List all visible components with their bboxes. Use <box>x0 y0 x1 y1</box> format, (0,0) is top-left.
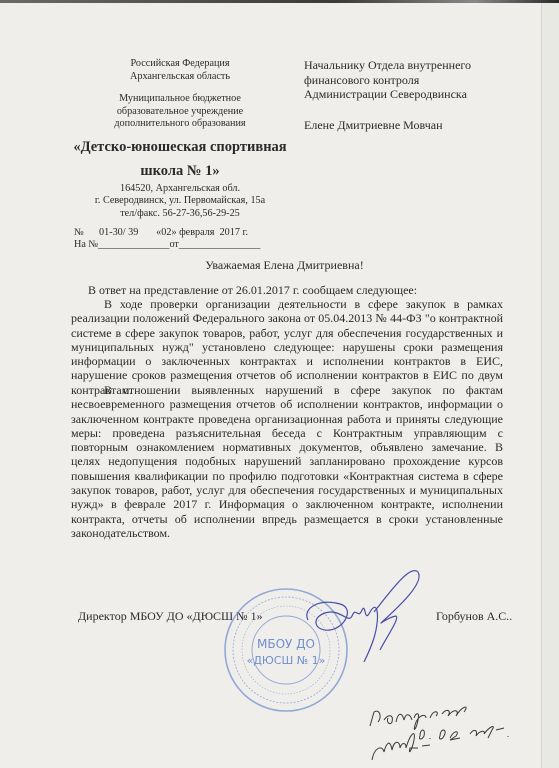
recipient-line: Администрации Северодвинска <box>304 87 471 102</box>
recipient-name: Елене Дмитриевне Мовчан <box>304 118 471 133</box>
recipient-line: Начальнику Отдела внутреннего <box>304 58 471 73</box>
sender-region: Архангельская область <box>70 71 290 84</box>
sender-header: Российская Федерация Архангельская облас… <box>70 58 290 220</box>
org-type-line: Муниципальное бюджетное <box>70 93 290 106</box>
intro-line: В ответ на представление от 26.01.2017 г… <box>88 283 417 298</box>
phone-line: тел/факс. 56-27-36,56-29-25 <box>70 208 290 221</box>
address-line: 164520, Архангельская обл. <box>70 183 290 196</box>
paragraph-2: В отношении выявленных нарушений в сфере… <box>71 383 503 540</box>
org-type-line: дополнительного образования <box>70 118 290 131</box>
org-type-line: образовательное учреждение <box>70 106 290 119</box>
org-name-line2: школа № 1» <box>70 159 290 183</box>
reference-line: На №______________от________________ <box>74 239 260 251</box>
handwritten-receipt-note-icon <box>360 678 540 763</box>
letter-page: Российская Федерация Архангельская облас… <box>0 3 541 768</box>
scan-right-edge <box>541 3 559 768</box>
salutation: Уважаемая Елена Дмитриевна! <box>0 258 541 273</box>
org-name-line1: «Детско-юношеская спортивная <box>70 135 290 159</box>
recipient-line: финансового контроля <box>304 73 471 88</box>
sender-country: Российская Федерация <box>70 58 290 71</box>
registration-number: № 01-30/ 39 «02» февраля 2017 г. <box>74 227 248 239</box>
signer-name: Горбунов А.С.. <box>436 609 512 624</box>
recipient-block: Начальнику Отдела внутреннего финансовог… <box>304 58 471 132</box>
address-line: г. Северодвинск, ул. Первомайская, 15а <box>70 195 290 208</box>
director-signature-icon <box>300 558 430 678</box>
